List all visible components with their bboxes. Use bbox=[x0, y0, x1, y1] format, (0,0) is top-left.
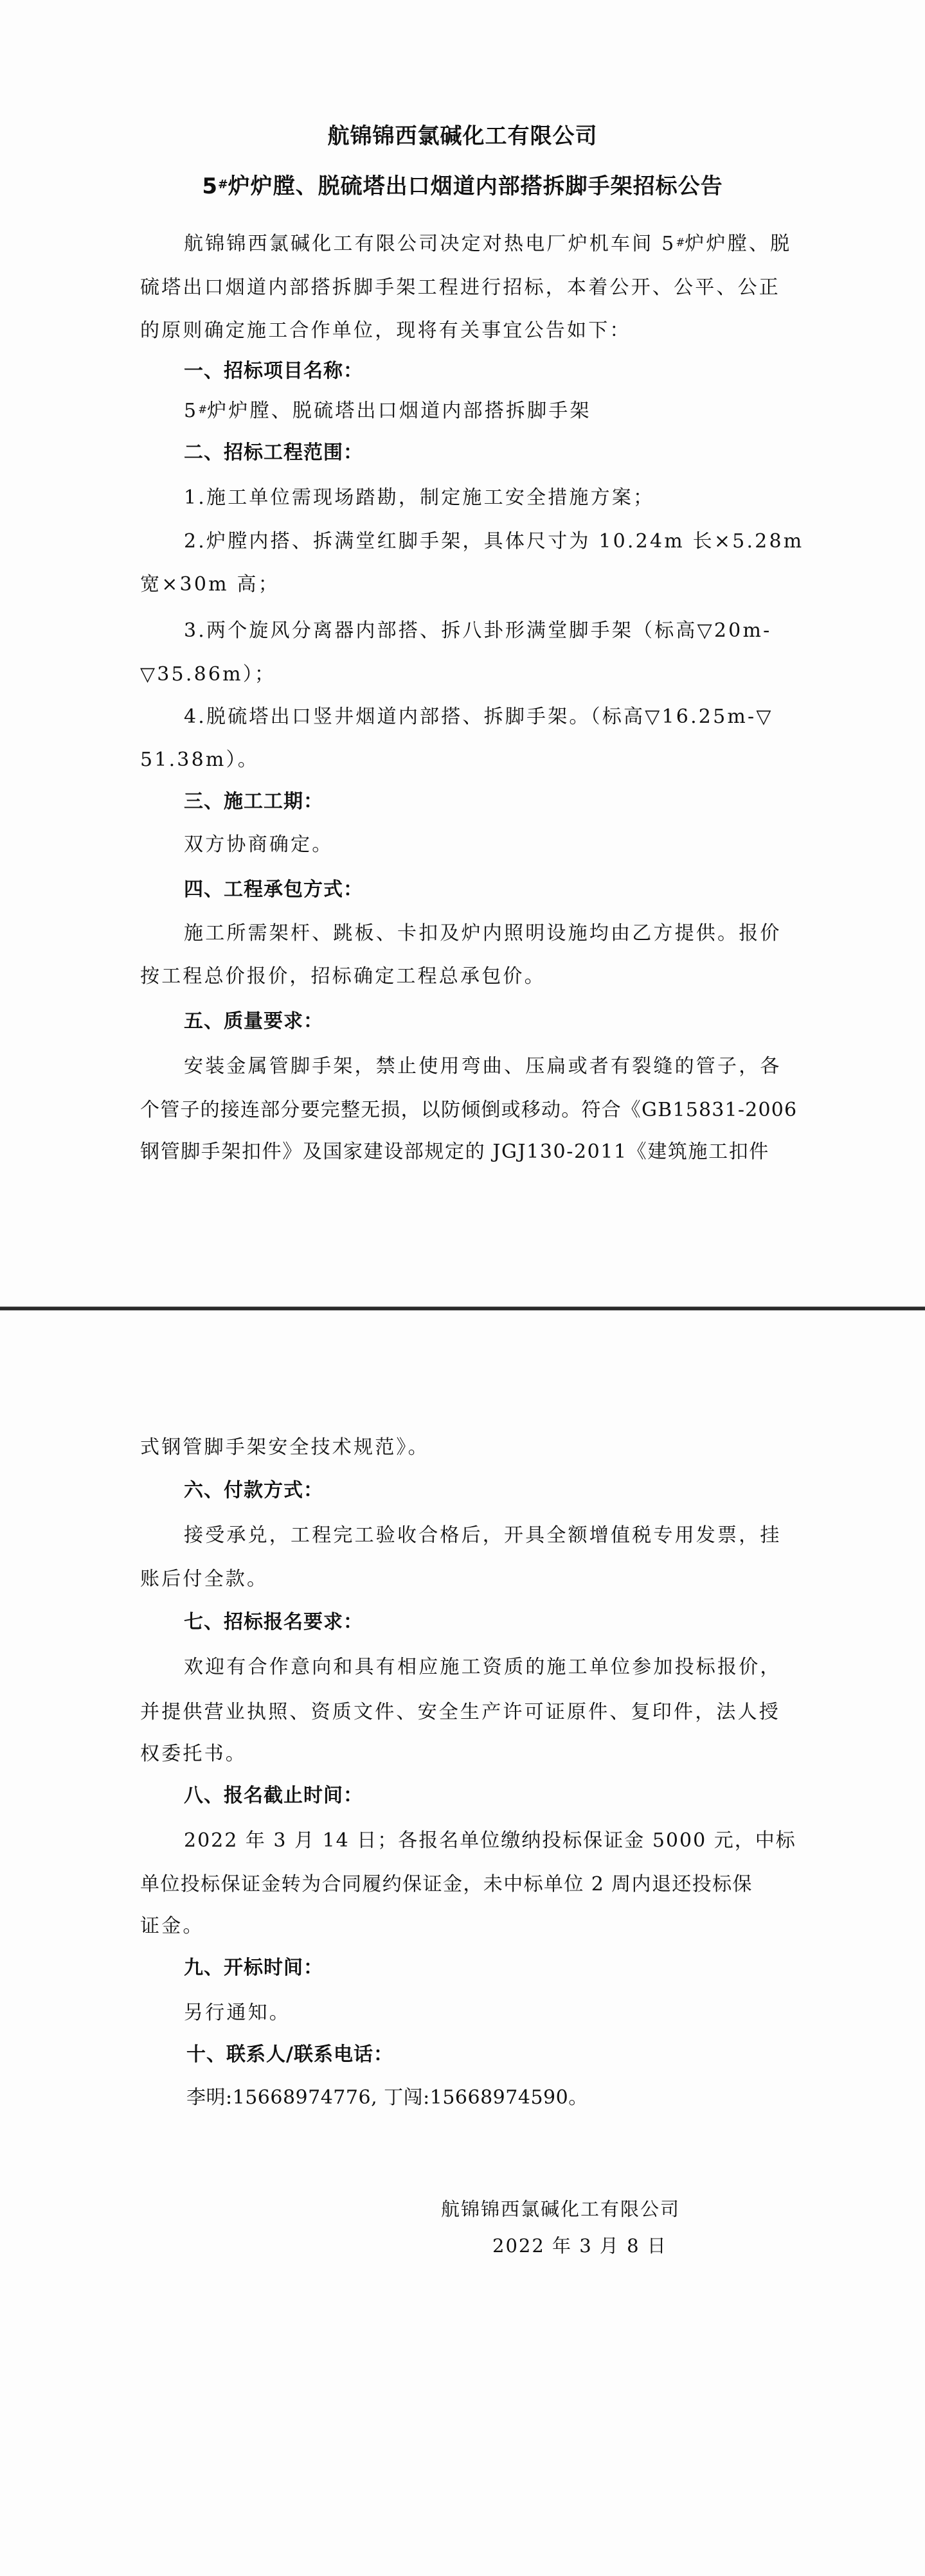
section-1-line-1: 5#炉炉膛、脱硫塔出口烟道内部搭拆脚手架 bbox=[184, 398, 591, 424]
signature-company: 航锦锦西氯碱化工有限公司 bbox=[441, 2196, 680, 2222]
section-5-line-1: 安装金属管脚手架，禁止使用弯曲、压扁或者有裂缝的管子，各 bbox=[184, 1054, 782, 1079]
contact-line: 李明:15668974776, 丁闯:15668974590。 bbox=[186, 2085, 588, 2111]
section-9-line-1: 另行通知。 bbox=[184, 2000, 291, 2026]
section-heading-7: 七、招标报名要求： bbox=[184, 1610, 363, 1635]
section-heading-6: 六、付款方式： bbox=[184, 1478, 323, 1504]
section-heading-10: 十、联系人/联系电话： bbox=[186, 2042, 393, 2068]
section-heading-8: 八、报名截止时间： bbox=[184, 1783, 363, 1809]
section-5-line-2: 个管子的接连部分要完整无损，以防倾倒或移动。符合《GB15831-2006 bbox=[140, 1097, 797, 1123]
section-7-line-3: 权委托书。 bbox=[140, 1741, 247, 1767]
notice-title-hash: # bbox=[218, 178, 228, 191]
scope-item-4-cont: 51.38m）。 bbox=[140, 747, 259, 773]
scope-item-2: 2.炉膛内搭、拆满堂红脚手架，具体尺寸为 10.24m 长×5.28m bbox=[184, 529, 804, 555]
scope-item-4: 4.脱硫塔出口竖井烟道内部搭、拆脚手架。（标高▽16.25m-▽ bbox=[184, 704, 773, 730]
section-heading-1: 一、招标项目名称： bbox=[184, 359, 363, 384]
section-6-line-2: 账后付全款。 bbox=[140, 1567, 268, 1592]
notice-title: 5#炉炉膛、脱硫塔出口烟道内部搭拆脚手架招标公告 bbox=[0, 173, 925, 199]
section-8-line-3: 证金。 bbox=[140, 1914, 204, 1939]
section-heading-9: 九、开标时间： bbox=[184, 1955, 323, 1981]
section-8-line-1: 2022 年 3 月 14 日；各报名单位缴纳投标保证金 5000 元，中标 bbox=[184, 1828, 796, 1854]
section-3-line-1: 双方协商确定。 bbox=[184, 832, 333, 858]
section-4-line-1: 施工所需架杆、跳板、卡扣及炉内照明设施均由乙方提供。报价 bbox=[184, 921, 782, 946]
intro-text: 航锦锦西氯碱化工有限公司决定对热电厂炉机车间 5 bbox=[184, 233, 676, 255]
intro-line-2: 硫塔出口烟道内部搭拆脚手架工程进行招标，本着公开、公平、公正 bbox=[140, 275, 780, 301]
section-5-line-4: 式钢管脚手架安全技术规范》。 bbox=[140, 1435, 429, 1461]
section-heading-4: 四、工程承包方式： bbox=[184, 877, 363, 903]
scope-item-2-cont: 宽×30m 高； bbox=[140, 572, 280, 598]
scope-item-3-cont: ▽35.86m）； bbox=[140, 662, 276, 688]
intro-text: 炉炉膛、脱 bbox=[685, 233, 791, 255]
section-7-line-2: 并提供营业执照、资质文件、安全生产许可证原件、复印件，法人授 bbox=[140, 1700, 780, 1725]
section-8-line-2: 单位投标保证金转为合同履约保证金，未中标单位 2 周内退还投标保 bbox=[140, 1872, 753, 1897]
project-hash: # bbox=[198, 404, 207, 416]
company-title: 航锦锦西氯碱化工有限公司 bbox=[0, 123, 925, 149]
section-4-line-2: 按工程总价报价，招标确定工程总承包价。 bbox=[140, 964, 546, 990]
section-5-line-3: 钢管脚手架扣件》及国家建设部规定的 JGJ130-2011《建筑施工扣件 bbox=[140, 1139, 769, 1165]
intro-line-1: 航锦锦西氯碱化工有限公司决定对热电厂炉机车间 5#炉炉膛、脱 bbox=[184, 231, 791, 257]
project-name: 炉炉膛、脱硫塔出口烟道内部搭拆脚手架 bbox=[207, 400, 591, 422]
section-7-line-1: 欢迎有合作意向和具有相应施工资质的施工单位参加投标报价， bbox=[184, 1655, 782, 1680]
intro-line-3: 的原则确定施工合作单位，现将有关事宜公告如下： bbox=[140, 318, 631, 344]
signature-date: 2022 年 3 月 8 日 bbox=[492, 2233, 667, 2259]
project-number: 5 bbox=[184, 400, 198, 422]
section-heading-3: 三、施工工期： bbox=[184, 789, 323, 815]
section-heading-5: 五、质量要求： bbox=[184, 1009, 323, 1035]
notice-title-number: 5 bbox=[202, 173, 218, 199]
notice-title-text: 炉炉膛、脱硫塔出口烟道内部搭拆脚手架招标公告 bbox=[228, 173, 723, 199]
section-heading-2: 二、招标工程范围： bbox=[184, 440, 363, 466]
scope-item-3: 3.两个旋风分离器内部搭、拆八卦形满堂脚手架（标高▽20m- bbox=[184, 618, 771, 644]
intro-hash: # bbox=[676, 236, 685, 249]
scope-item-1: 1.施工单位需现场踏勘，制定施工安全措施方案； bbox=[184, 485, 654, 511]
page-break-divider bbox=[0, 1306, 925, 1311]
section-6-line-1: 接受承兑，工程完工验收合格后，开具全额增值税专用发票，挂 bbox=[184, 1523, 782, 1549]
